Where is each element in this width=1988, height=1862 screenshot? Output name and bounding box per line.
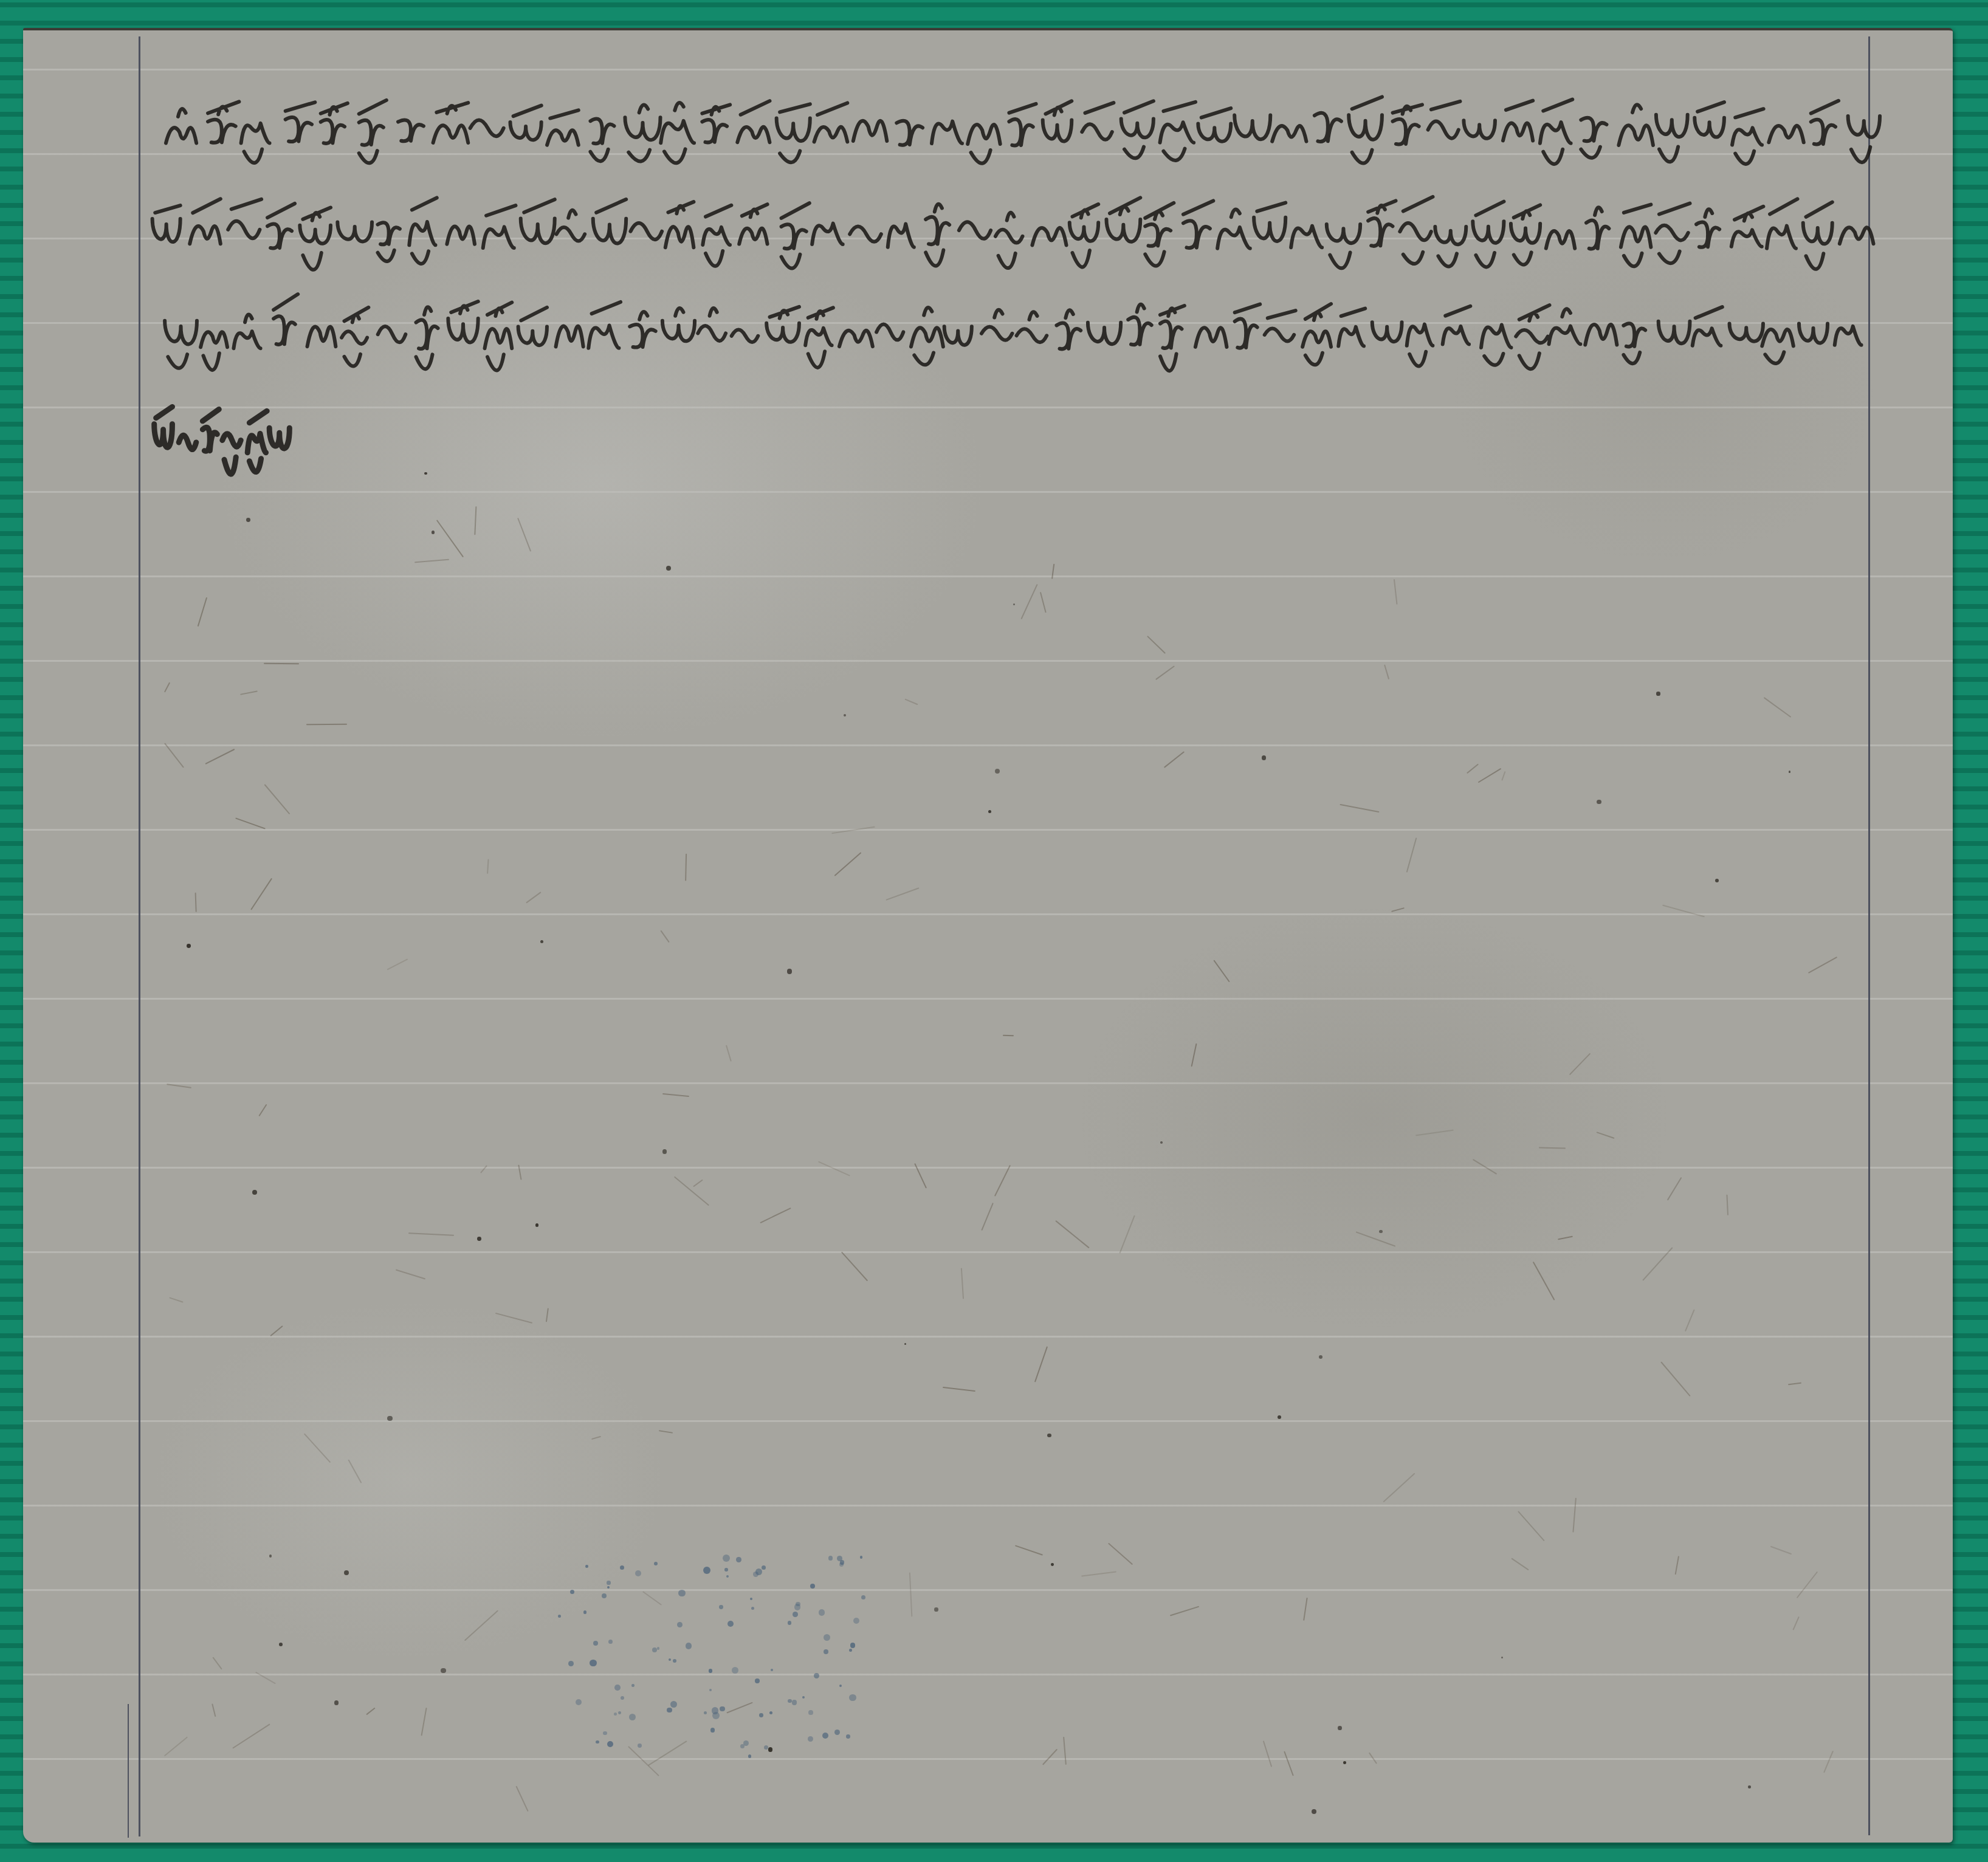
- speckle: [709, 1669, 713, 1673]
- paper-fiber: [169, 1297, 183, 1302]
- paper-speck: [269, 1555, 272, 1558]
- paper-speck: [424, 472, 427, 475]
- paper-fiber: [1518, 1511, 1544, 1541]
- paper-fiber: [1392, 907, 1405, 912]
- speckle: [602, 1593, 607, 1598]
- paper-speck: [934, 1607, 938, 1612]
- speckle: [590, 1660, 596, 1666]
- speckle: [629, 1714, 636, 1721]
- speckle: [755, 1678, 759, 1683]
- paper-fiber: [212, 1703, 216, 1716]
- paper-fiber: [526, 891, 541, 903]
- paper-fiber: [255, 1671, 276, 1684]
- speckle: [652, 1647, 657, 1652]
- paper-speck: [1379, 1230, 1383, 1234]
- speckle: [607, 1586, 610, 1589]
- paper-fiber: [1015, 1545, 1043, 1556]
- speckle: [850, 1643, 856, 1648]
- manuscript-line-1: ꧅ ꦥꦸꦤꦶꦏꦶ ꦱꦸꦫꦠ꧀ ꦏꦸꦩꦤ꧀ꦝꦁ ꦱꦏꦶꦁ ꦏꦁ ꦥꦤ꧀ꦢꦺꦭ꧀ ꦲ…: [164, 85, 1866, 170]
- paper-fiber: [1533, 1262, 1555, 1300]
- paper-speck: [1312, 1809, 1316, 1814]
- speckle: [771, 1669, 774, 1672]
- paper-fiber: [1356, 1231, 1396, 1246]
- speckle: [723, 1555, 730, 1562]
- paper-fiber: [1788, 1383, 1801, 1385]
- paper-fiber: [366, 1708, 375, 1716]
- speckle: [686, 1643, 692, 1649]
- speckle: [608, 1640, 613, 1644]
- speckle: [726, 1575, 729, 1578]
- paper-speck: [344, 1570, 349, 1575]
- paper-fiber: [659, 1430, 673, 1434]
- paper-fiber: [495, 1313, 533, 1324]
- paper-speck: [279, 1643, 283, 1646]
- paper-fiber: [1511, 1558, 1529, 1570]
- paper-fiber: [1642, 1247, 1673, 1280]
- speckle: [861, 1595, 865, 1599]
- paper-fiber: [661, 930, 670, 943]
- paper-fiber: [841, 1252, 868, 1282]
- paper-fiber: [1726, 1195, 1728, 1216]
- speckle: [849, 1649, 852, 1652]
- handwriting-strokes: [152, 395, 292, 517]
- paper-fiber: [232, 1723, 270, 1748]
- paper-fiber: [1155, 665, 1175, 680]
- paper-fiber: [1063, 1737, 1067, 1765]
- paper-fiber: [834, 852, 861, 876]
- paper-speck: [1715, 879, 1719, 882]
- speckle: [558, 1615, 561, 1618]
- paper-fiber: [1108, 1543, 1133, 1565]
- manuscript-line-2: ꦱꦏꦶꦁ ꦥꦸꦤꦶꦏꦶ ꦏꦁ ꦥꦤ꧀ꦢꦺꦭ꧀ ꦠꦸꦩꦺꦏꦏ꧀ ꦲꦶꦁ ꦏꦁꦗꦼꦁ…: [152, 188, 1866, 273]
- paper-fiber: [1262, 1741, 1271, 1767]
- paper-speck: [432, 531, 435, 534]
- paper-fiber: [1214, 960, 1230, 982]
- paper-fiber: [487, 859, 489, 874]
- paper-fiber: [1164, 751, 1185, 768]
- speckle: [840, 1560, 845, 1565]
- speckle: [593, 1641, 598, 1646]
- speckle: [710, 1728, 715, 1732]
- paper-speck: [1656, 692, 1660, 695]
- paper-fiber: [270, 1325, 284, 1336]
- speckle: [621, 1696, 624, 1700]
- paper-fiber: [421, 1707, 427, 1736]
- paper-fiber: [163, 682, 170, 693]
- paper-fiber: [387, 959, 408, 971]
- speckle: [669, 1658, 671, 1661]
- speckle: [759, 1713, 763, 1717]
- paper-fiber: [414, 559, 449, 563]
- speckle: [654, 1562, 658, 1566]
- paper-fiber: [1674, 1556, 1679, 1575]
- paper-fiber: [258, 1104, 267, 1116]
- paper-fiber: [1303, 1598, 1308, 1621]
- paper-fiber: [886, 887, 920, 901]
- paper-fiber: [1823, 1750, 1834, 1773]
- paper-fiber: [1170, 1606, 1200, 1616]
- speckle: [814, 1673, 820, 1679]
- manuscript-page: ꧅ ꦥꦸꦤꦶꦏꦶ ꦱꦸꦫꦠ꧀ ꦏꦸꦩꦤ꧀ꦝꦁ ꦱꦏꦶꦁ ꦏꦁ ꦥꦤ꧀ꦢꦺꦭ꧀ ꦲ…: [23, 28, 1953, 1843]
- paper-fiber: [1797, 1572, 1818, 1598]
- speckle: [635, 1570, 641, 1576]
- speckle: [748, 1754, 752, 1758]
- speckle: [638, 1743, 642, 1748]
- paper-fiber: [1191, 1043, 1197, 1067]
- right-margin-rule: [1868, 36, 1870, 1835]
- paper-fiber: [1394, 579, 1398, 605]
- paper-fiber: [1021, 584, 1038, 619]
- paper-fiber: [517, 518, 531, 552]
- paper-speck: [187, 944, 191, 948]
- speckle: [607, 1581, 611, 1585]
- speckle: [751, 1607, 754, 1610]
- speckle: [808, 1710, 813, 1715]
- speckle: [732, 1667, 738, 1674]
- paper-fiber: [1147, 636, 1166, 654]
- paper-fiber: [914, 1163, 927, 1189]
- paper-speck: [1051, 1563, 1054, 1566]
- paper-fiber: [1472, 1159, 1496, 1175]
- speckle: [583, 1610, 586, 1613]
- speckle: [568, 1661, 574, 1666]
- speckle: [802, 1696, 805, 1699]
- paper-speck: [387, 1416, 392, 1421]
- paper-fiber: [250, 878, 272, 910]
- paper-fiber: [475, 506, 477, 535]
- speckle: [846, 1734, 850, 1739]
- paper-speck: [1343, 1761, 1346, 1764]
- speckle: [576, 1699, 582, 1705]
- paper-fiber: [515, 1786, 528, 1812]
- paper-fiber: [1042, 1748, 1058, 1765]
- speckle: [631, 1684, 635, 1687]
- speckle: [755, 1568, 762, 1575]
- paper-fiber: [674, 1176, 709, 1206]
- speckle: [596, 1740, 599, 1744]
- speckle: [788, 1621, 791, 1624]
- left-margin-extra-rule: [128, 1704, 129, 1838]
- paper-fiber: [909, 1573, 913, 1617]
- speckle: [860, 1556, 862, 1558]
- paper-fiber: [1662, 905, 1705, 918]
- paper-speck: [477, 1237, 481, 1241]
- paper-fiber: [1369, 1752, 1377, 1764]
- left-margin-rule: [139, 36, 140, 1836]
- speckle: [703, 1567, 710, 1574]
- paper-fiber: [662, 1093, 689, 1097]
- speckle: [712, 1707, 718, 1714]
- speckle: [819, 1609, 825, 1616]
- speckle: [704, 1711, 707, 1715]
- paper-fiber: [1572, 1497, 1577, 1532]
- paper-fiber: [685, 853, 687, 881]
- paper-fiber: [1793, 1616, 1800, 1630]
- paper-fiber: [240, 690, 258, 695]
- paper-fiber: [1384, 665, 1389, 680]
- speckle: [720, 1706, 724, 1711]
- paper-fiber: [1383, 1472, 1415, 1502]
- speckle: [673, 1659, 676, 1663]
- paper-fiber: [1034, 1347, 1048, 1383]
- speckle: [709, 1689, 712, 1691]
- speckle: [769, 1711, 772, 1714]
- paper-fiber: [306, 724, 347, 725]
- paper-fiber: [726, 1045, 732, 1061]
- paper-fiber: [545, 1308, 548, 1322]
- speckle: [570, 1590, 575, 1595]
- paper-speck: [1338, 1726, 1342, 1730]
- paper-speck: [1748, 1785, 1750, 1788]
- speckle: [614, 1685, 620, 1690]
- paper-speck: [1789, 771, 1790, 772]
- paper-speck: [1278, 1415, 1281, 1419]
- speckle: [670, 1701, 677, 1708]
- paper-fiber: [1569, 1053, 1591, 1076]
- speckle: [824, 1649, 828, 1654]
- paper-speck: [844, 714, 846, 716]
- speckle: [793, 1612, 798, 1617]
- paper-fiber: [905, 698, 918, 705]
- paper-fiber: [264, 663, 299, 665]
- paper-fiber: [480, 1165, 487, 1173]
- paper-fiber: [264, 784, 291, 814]
- paper-fiber: [1685, 1310, 1695, 1331]
- speckle: [719, 1605, 723, 1609]
- paper-speck: [1319, 1355, 1322, 1359]
- paper-speck: [540, 940, 543, 943]
- paper-fiber: [163, 1736, 187, 1756]
- paper-speck: [1160, 1141, 1163, 1144]
- paper-fiber: [303, 1434, 331, 1463]
- paper-speck: [787, 969, 793, 974]
- speckle: [585, 1565, 588, 1568]
- paper-fiber: [1406, 837, 1417, 872]
- speckle: [834, 1730, 841, 1736]
- paper-fiber: [164, 743, 184, 768]
- speckle: [750, 1598, 752, 1600]
- paper-fiber: [1770, 1546, 1791, 1555]
- paper-fiber: [760, 1208, 791, 1223]
- paper-fiber: [235, 818, 266, 830]
- paper-speck: [252, 1190, 257, 1195]
- paper-fiber: [1120, 1215, 1135, 1253]
- paper-speck: [988, 810, 991, 813]
- speckle: [724, 1568, 728, 1572]
- paper-speck: [1013, 603, 1015, 605]
- paper-fiber: [1081, 1572, 1116, 1577]
- paper-speck: [535, 1223, 539, 1227]
- paper-fiber: [1764, 697, 1792, 718]
- speckle: [853, 1618, 859, 1624]
- paper-fiber: [1660, 1361, 1690, 1396]
- speckle: [828, 1556, 833, 1560]
- speckle: [677, 1622, 683, 1627]
- speckle: [810, 1584, 815, 1589]
- paper-speck: [768, 1747, 773, 1752]
- paper-fiber: [1539, 1147, 1566, 1149]
- paper-fiber: [1284, 1751, 1294, 1776]
- paper-speck: [666, 566, 671, 571]
- paper-fiber: [1340, 804, 1379, 812]
- paper-fiber: [943, 1387, 975, 1392]
- speckle: [808, 1736, 813, 1742]
- paper-fiber: [981, 1203, 994, 1231]
- handwriting-strokes: [162, 289, 1863, 410]
- paper-fiber: [1667, 1177, 1682, 1200]
- paper-fiber: [994, 1166, 1011, 1197]
- paper-fiber: [591, 1436, 600, 1440]
- speckle: [620, 1565, 625, 1570]
- manuscript-line-4: ꦠꦩ꧀ꦠꦩ꧀: [152, 395, 292, 480]
- paper-fiber: [408, 1232, 454, 1235]
- speckle: [618, 1711, 621, 1714]
- paper-fiber: [1807, 957, 1837, 974]
- speckle: [788, 1699, 791, 1703]
- speckle: [657, 1647, 659, 1649]
- paper-fiber: [198, 597, 207, 627]
- speckle: [727, 1621, 734, 1627]
- speckle: [603, 1731, 607, 1735]
- paper-speck: [1501, 1657, 1503, 1658]
- paper-speck: [995, 769, 1000, 774]
- paper-fiber: [961, 1268, 964, 1299]
- paper-fiber: [518, 1165, 521, 1180]
- speckle: [678, 1590, 686, 1597]
- speckle: [740, 1744, 745, 1749]
- paper-speck: [904, 1343, 906, 1345]
- speckle: [792, 1700, 797, 1705]
- speckle: [794, 1604, 800, 1610]
- speckle: [607, 1741, 613, 1747]
- speckle: [667, 1708, 672, 1713]
- paper-fiber: [348, 1459, 362, 1483]
- paper-fiber: [212, 1657, 222, 1669]
- paper-speck: [246, 518, 250, 522]
- paper-speck: [1262, 755, 1267, 760]
- paper-fiber: [205, 749, 235, 764]
- paper-fiber: [1055, 1220, 1089, 1248]
- paper-fiber: [1415, 1130, 1454, 1136]
- speckle: [849, 1694, 856, 1701]
- paper-fiber: [1051, 563, 1054, 579]
- ink-speckle-stain: [558, 1550, 874, 1768]
- paper-speck: [441, 1668, 445, 1673]
- paper-speck: [1047, 1434, 1051, 1438]
- paper-fiber: [396, 1269, 425, 1279]
- paper-fiber: [1040, 593, 1047, 613]
- paper-fiber: [1501, 771, 1505, 780]
- speckle: [614, 1713, 617, 1716]
- paper-fiber: [818, 1161, 850, 1177]
- paper-fiber: [1596, 1132, 1614, 1139]
- paper-fiber: [1478, 768, 1502, 783]
- paper-fiber: [194, 893, 196, 912]
- manuscript-line-3: ꦠꦸꦩꦺꦏꦏ꧀ ꦲꦶꦁ ꦏꦁꦗꦼꦁ ꦠꦸꦮꦤ꧀ ꦱꦏꦶꦁ ꦤꦒꦫꦶ ꦤꦤ꧀ꦢꦺ …: [162, 289, 1863, 374]
- paper-fiber: [1467, 763, 1479, 773]
- paper-speck: [1597, 800, 1601, 805]
- paper-speck: [334, 1700, 339, 1705]
- paper-fiber: [464, 1610, 498, 1641]
- paper-fiber: [167, 1084, 191, 1088]
- paper-fiber: [831, 826, 875, 834]
- speckle: [839, 1685, 842, 1687]
- paper-fiber: [693, 1179, 703, 1187]
- paper-fiber: [436, 520, 463, 557]
- paper-fiber: [1558, 1235, 1573, 1240]
- speckle: [762, 1565, 766, 1570]
- speckle: [822, 1733, 828, 1739]
- paper-speck: [662, 1149, 667, 1154]
- speckle: [736, 1557, 741, 1562]
- paper-fiber: [1003, 1035, 1014, 1037]
- speckle: [824, 1634, 830, 1641]
